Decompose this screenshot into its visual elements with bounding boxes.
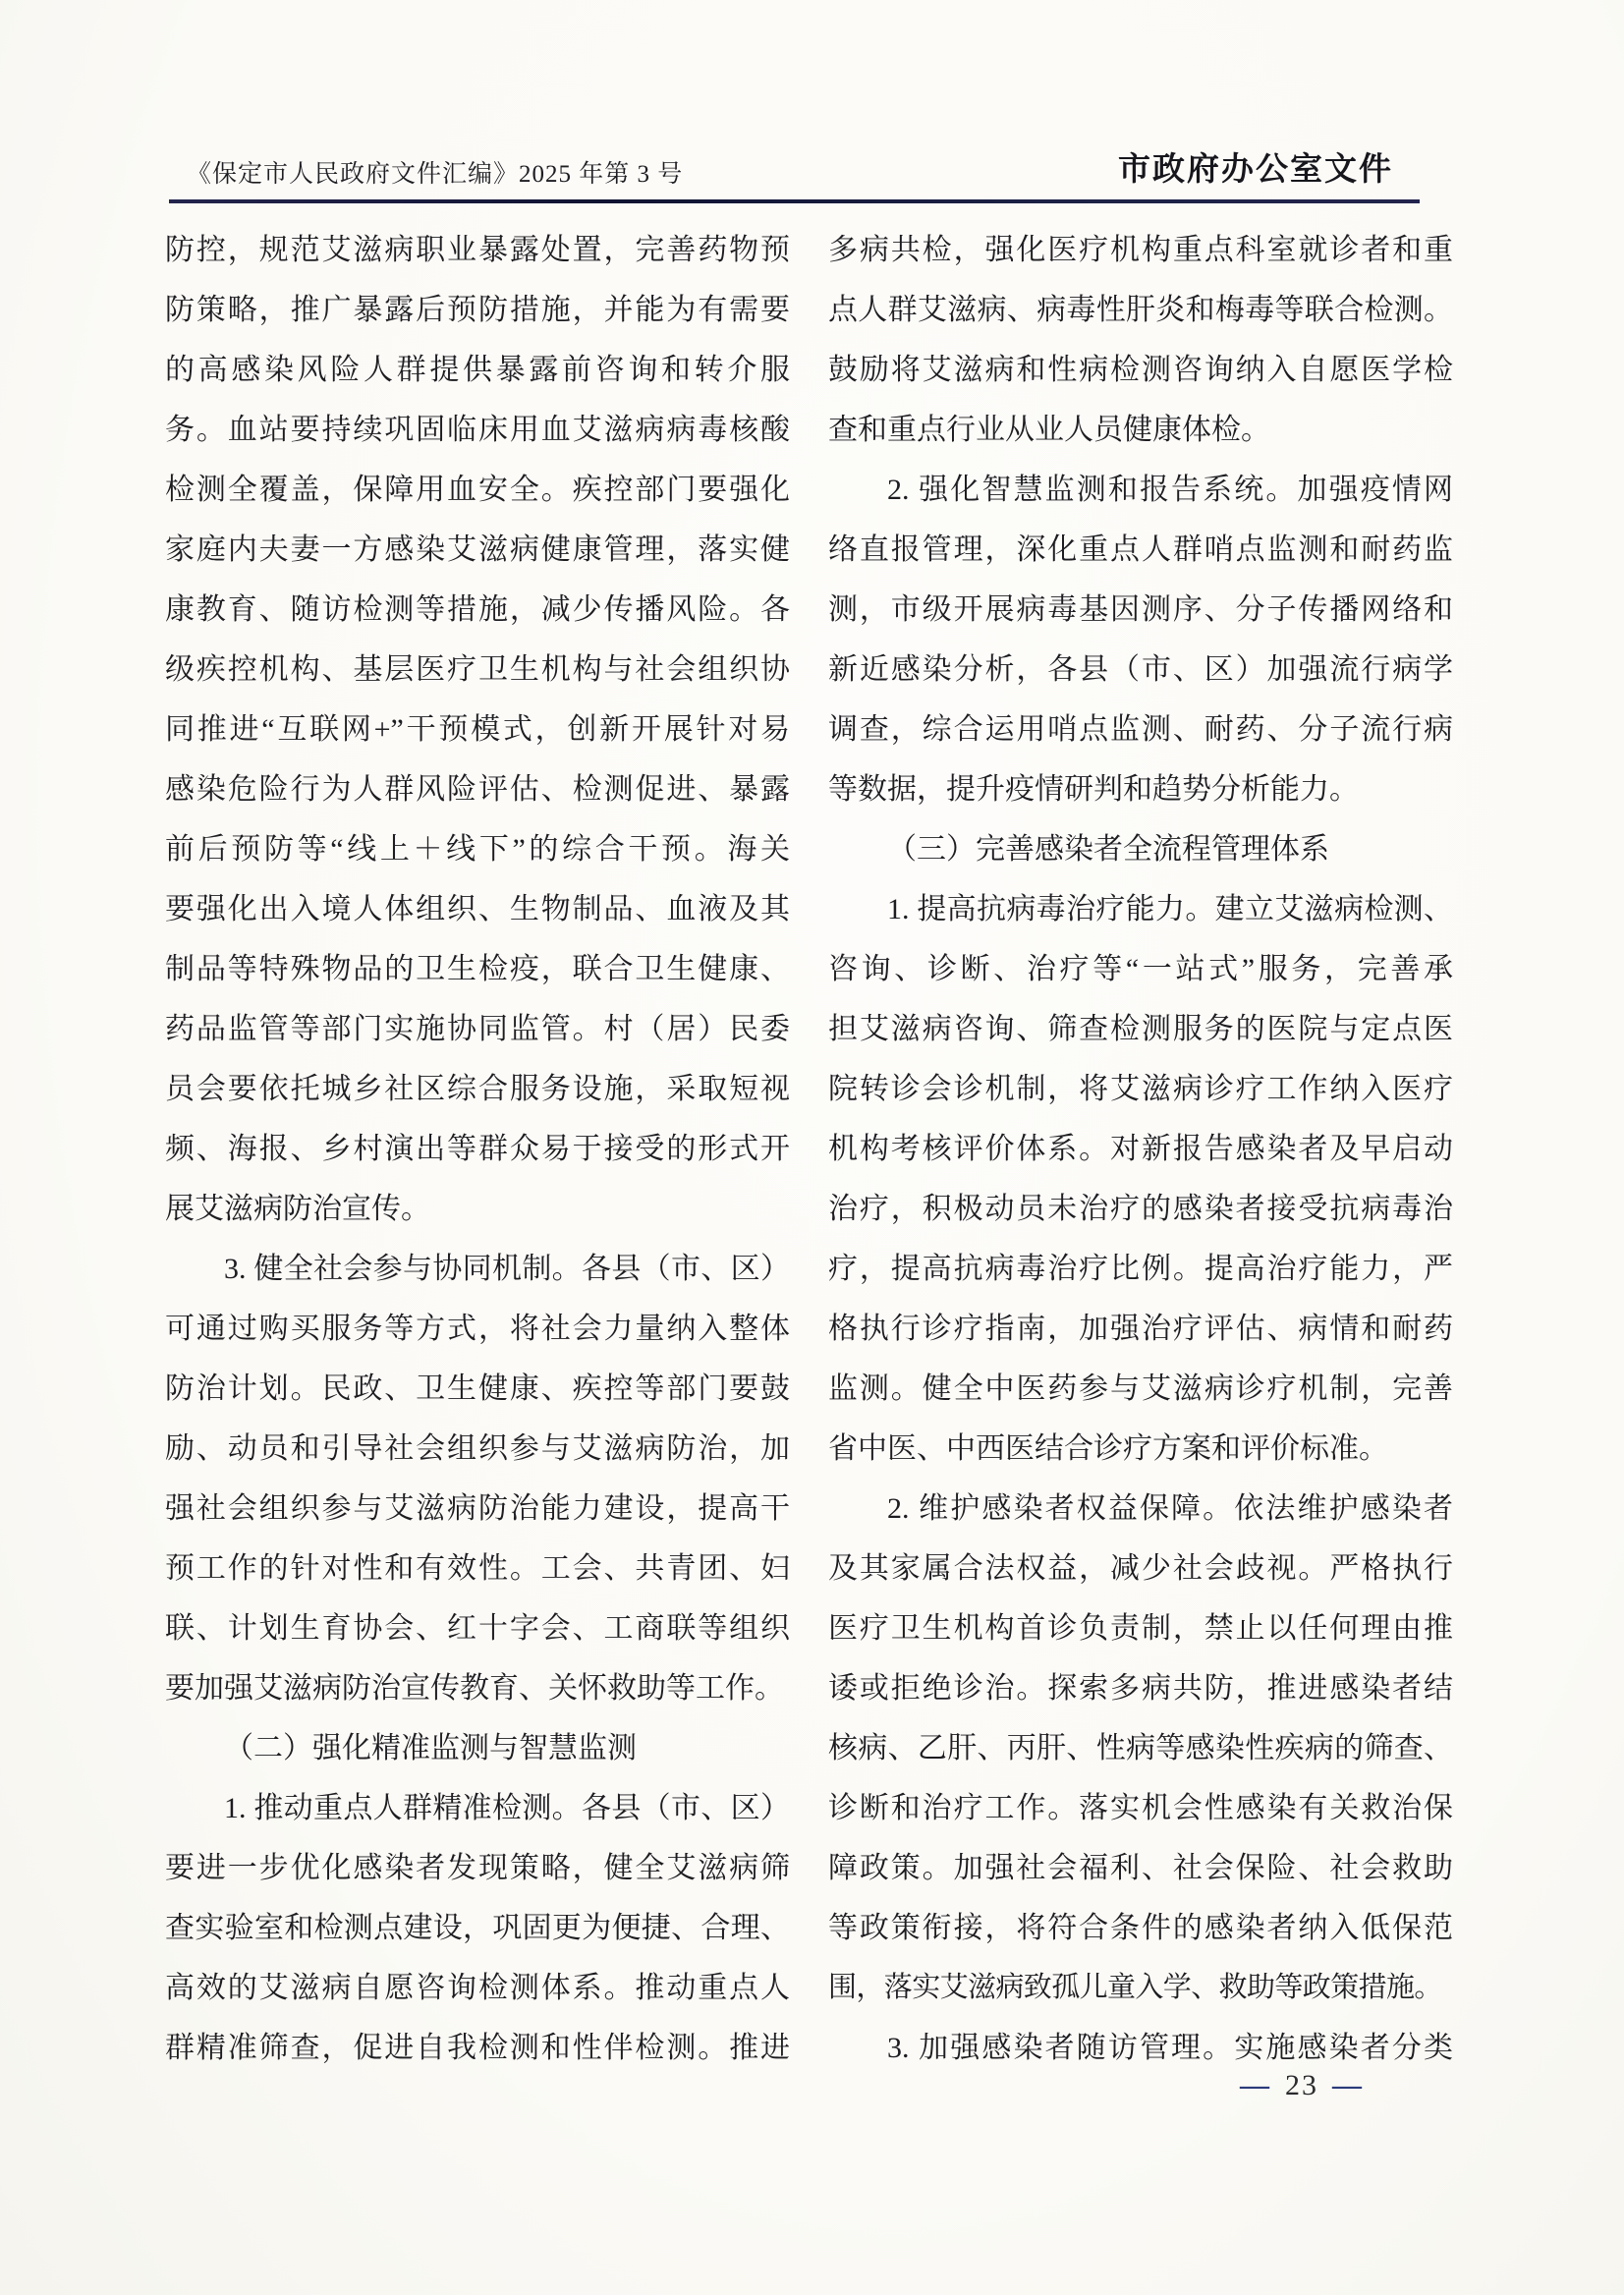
- text-line: 机构考核评价体系。对新报告感染者及早启动: [828, 1119, 1453, 1179]
- text-line: 鼓励将艾滋病和性病检测咨询纳入自愿医学检: [828, 340, 1453, 400]
- text-line: 要加强艾滋病防治宣传教育、关怀救助等工作。: [165, 1658, 790, 1718]
- text-line: 要进一步优化感染者发现策略，健全艾滋病筛: [165, 1838, 790, 1898]
- text-line: 络直报管理，深化重点人群哨点监测和耐药监: [828, 520, 1453, 580]
- text-line: 同推进“互联网+”干预模式，创新开展针对易: [165, 700, 790, 759]
- text-line: 疗，提高抗病毒治疗比例。提高治疗能力，严: [828, 1239, 1453, 1299]
- text-line: 制品等特殊物品的卫生检疫，联合卫生健康、: [165, 939, 790, 999]
- text-line: 治疗，积极动员未治疗的感染者接受抗病毒治: [828, 1179, 1453, 1239]
- page-number-dash-right: —: [1318, 2069, 1377, 2101]
- text-line: 感染危险行为人群风险评估、检测促进、暴露: [165, 759, 790, 819]
- text-line: 励、动员和引导社会组织参与艾滋病防治，加: [165, 1419, 790, 1479]
- text-line: 可通过购买服务等方式，将社会力量纳入整体: [165, 1299, 790, 1359]
- document-page: 《保定市人民政府文件汇编》2025 年第 3 号 市政府办公室文件 防控，规范艾…: [0, 0, 1624, 2295]
- text-line: 1. 提高抗病毒治疗能力。建立艾滋病检测、: [828, 879, 1453, 939]
- text-line: 级疾控机构、基层医疗卫生机构与社会组织协: [165, 640, 790, 700]
- text-line: 多病共检，强化医疗机构重点科室就诊者和重: [828, 220, 1453, 280]
- text-line: 康教育、随访检测等措施，减少传播风险。各: [165, 580, 790, 640]
- text-line: 联、计划生育协会、红十字会、工商联等组织: [165, 1598, 790, 1658]
- text-line: 务。血站要持续巩固临床用血艾滋病病毒核酸: [165, 400, 790, 460]
- text-line: 省中医、中西医结合诊疗方案和评价标准。: [828, 1419, 1453, 1479]
- text-line: 新近感染分析，各县（市、区）加强流行病学: [828, 640, 1453, 700]
- section-heading-line: （三）完善感染者全流程管理体系: [828, 819, 1453, 879]
- text-line: 担艾滋病咨询、筛查检测服务的医院与定点医: [828, 999, 1453, 1059]
- text-line: 频、海报、乡村演出等群众易于接受的形式开: [165, 1119, 790, 1179]
- text-line: 的高感染风险人群提供暴露前咨询和转介服: [165, 340, 790, 400]
- right-column: 多病共检，强化医疗机构重点科室就诊者和重点人群艾滋病、病毒性肝炎和梅毒等联合检测…: [828, 220, 1453, 2078]
- text-line: 障政策。加强社会福利、社会保险、社会救助: [828, 1838, 1453, 1898]
- text-line: 高效的艾滋病自愿咨询检测体系。推动重点人: [165, 1958, 790, 2018]
- text-line: 围，落实艾滋病致孤儿童入学、救助等政策措施。: [828, 1958, 1453, 2018]
- text-line: 查实验室和检测点建设，巩固更为便捷、合理、: [165, 1898, 790, 1958]
- text-line: 2. 强化智慧监测和报告系统。加强疫情网: [828, 460, 1453, 520]
- text-line: 院转诊会诊机制，将艾滋病诊疗工作纳入医疗: [828, 1059, 1453, 1119]
- text-line: 群精准筛查，促进自我检测和性伴检测。推进: [165, 2018, 790, 2078]
- text-line: 防治计划。民政、卫生健康、疾控等部门要鼓: [165, 1359, 790, 1419]
- text-line: 药品监管等部门实施协同监管。村（居）民委: [165, 999, 790, 1059]
- page-number-dash-left: —: [1226, 2069, 1285, 2101]
- left-column: 防控，规范艾滋病职业暴露处置，完善药物预防策略，推广暴露后预防措施，并能为有需要…: [165, 220, 790, 2078]
- text-line: 2. 维护感染者权益保障。依法维护感染者: [828, 1479, 1453, 1539]
- text-line: 员会要依托城乡社区综合服务设施，采取短视: [165, 1059, 790, 1119]
- text-line: 家庭内夫妻一方感染艾滋病健康管理，落实健: [165, 520, 790, 580]
- text-line: 监测。健全中医药参与艾滋病诊疗机制，完善: [828, 1359, 1453, 1419]
- text-line: 及其家属合法权益，减少社会歧视。严格执行: [828, 1539, 1453, 1598]
- text-line: 医疗卫生机构首诊负责制，禁止以任何理由推: [828, 1598, 1453, 1658]
- text-line: 防策略，推广暴露后预防措施，并能为有需要: [165, 280, 790, 340]
- page-number-value: 23: [1285, 2069, 1318, 2101]
- text-line: 诊断和治疗工作。落实机会性感染有关救治保: [828, 1778, 1453, 1838]
- text-line: 格执行诊疗指南，加强治疗评估、病情和耐药: [828, 1299, 1453, 1359]
- text-line: 等数据，提升疫情研判和趋势分析能力。: [828, 759, 1453, 819]
- text-line: 防控，规范艾滋病职业暴露处置，完善药物预: [165, 220, 790, 280]
- page-number: —23—: [1226, 2063, 1377, 2107]
- text-line: 等政策衔接，将符合条件的感染者纳入低保范: [828, 1898, 1453, 1958]
- text-line: 1. 推动重点人群精准检测。各县（市、区）: [165, 1778, 790, 1838]
- text-line: 要强化出入境人体组织、生物制品、血液及其: [165, 879, 790, 939]
- section-heading-line: （二）强化精准监测与智慧监测: [165, 1718, 790, 1778]
- text-line: 强社会组织参与艾滋病防治能力建设，提高干: [165, 1479, 790, 1539]
- text-line: 点人群艾滋病、病毒性肝炎和梅毒等联合检测。: [828, 280, 1453, 340]
- text-line: 3. 健全社会参与协同机制。各县（市、区）: [165, 1239, 790, 1299]
- text-line: 核病、乙肝、丙肝、性病等感染性疾病的筛查、: [828, 1718, 1453, 1778]
- text-line: 查和重点行业从业人员健康体检。: [828, 400, 1453, 460]
- header-rule: [169, 199, 1420, 203]
- text-line: 前后预防等“线上＋线下”的综合干预。海关: [165, 819, 790, 879]
- header-left-publication: 《保定市人民政府文件汇编》2025 年第 3 号: [187, 155, 683, 195]
- text-line: 调查，综合运用哨点监测、耐药、分子流行病: [828, 700, 1453, 759]
- text-line: 展艾滋病防治宣传。: [165, 1179, 790, 1239]
- text-line: 咨询、诊断、治疗等“一站式”服务，完善承: [828, 939, 1453, 999]
- text-line: 检测全覆盖，保障用血安全。疾控部门要强化: [165, 460, 790, 520]
- text-line: 预工作的针对性和有效性。工会、共青团、妇: [165, 1539, 790, 1598]
- header-right-doc-type: 市政府办公室文件: [1118, 143, 1393, 195]
- text-line: 测，市级开展病毒基因测序、分子传播网络和: [828, 580, 1453, 640]
- text-line: 诿或拒绝诊治。探索多病共防，推进感染者结: [828, 1658, 1453, 1718]
